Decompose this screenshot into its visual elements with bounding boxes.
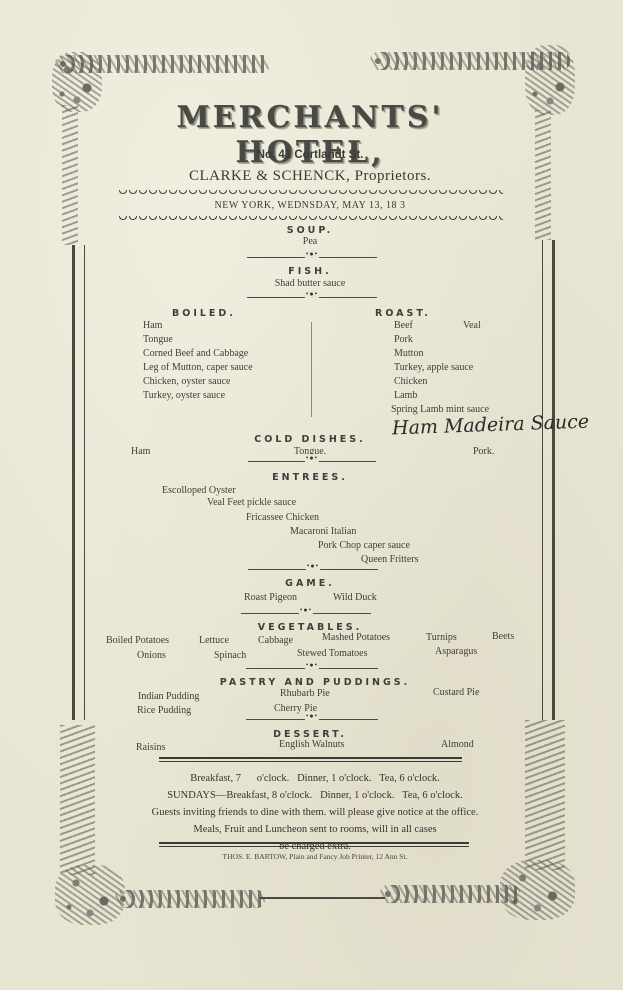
section-divider <box>241 613 371 614</box>
right-border-thick <box>552 240 555 720</box>
section-divider <box>247 257 377 258</box>
roast-item: Beef <box>394 320 413 331</box>
boiled-heading: BOILED. <box>172 308 236 319</box>
roast-item: Lamb <box>394 390 417 401</box>
section-divider <box>248 461 376 462</box>
entrees-heading: ENTREES. <box>200 472 420 483</box>
vegetable-item: Mashed Potatoes <box>322 632 390 643</box>
vegetable-item: Beets <box>492 631 514 642</box>
section-divider <box>246 719 378 720</box>
roast-heading: ROAST. <box>375 308 431 319</box>
game-heading: GAME. <box>200 578 420 589</box>
address: No. 41 Cortlandt St. <box>100 149 520 161</box>
boiled-item: Turkey, oyster sauce <box>143 390 225 401</box>
roast-item: Turkey, apple sauce <box>394 362 473 373</box>
right-border-thin <box>542 240 543 720</box>
roast-item: Chicken <box>394 376 427 387</box>
entree-item: Fricassee Chicken <box>246 512 319 523</box>
left-border-thick <box>72 245 75 720</box>
soup-item: Pea <box>200 236 420 247</box>
bottom-garland-right <box>380 885 520 903</box>
vegetable-item: Turnips <box>426 632 457 643</box>
cold-dishes-heading: COLD DISHES. <box>200 434 420 445</box>
cold-dish-item: Pork. <box>473 446 494 457</box>
boiled-item: Leg of Mutton, caper sauce <box>143 362 253 373</box>
vegetable-item: Onions <box>137 650 166 661</box>
bottom-rule <box>260 897 385 899</box>
notes-bottom-rule <box>159 842 469 847</box>
entree-item: Pork Chop caper sauce <box>318 540 410 551</box>
cold-dish-item: Ham <box>131 446 150 457</box>
fish-heading: FISH. <box>200 266 420 277</box>
entree-item: Veal Feet pickle sauce <box>207 497 296 508</box>
left-vine-top <box>62 105 78 245</box>
vegetable-item: Asparagus <box>435 646 477 657</box>
vegetable-item: Lettuce <box>199 635 229 646</box>
proprietors: CLARKE & SCHENCK, Proprietors. <box>100 168 520 185</box>
pastry-heading: PASTRY AND PUDDINGS. <box>180 677 450 688</box>
pastry-item: Rhubarb Pie <box>280 688 330 699</box>
left-vine-bottom <box>60 725 95 875</box>
section-divider <box>248 569 378 570</box>
pastry-item: Rice Pudding <box>137 705 191 716</box>
roast-item: Veal <box>463 320 481 331</box>
vegetable-item: Cabbage <box>258 635 293 646</box>
entree-item: Queen Fritters <box>361 554 419 565</box>
dessert-item: Raisins <box>136 742 165 753</box>
left-border-thin <box>84 245 85 720</box>
boiled-item: Tongue <box>143 334 173 345</box>
boiled-item: Ham <box>143 320 162 331</box>
right-vine-top <box>535 110 551 240</box>
roast-item: Spring Lamb mint sauce <box>391 404 489 415</box>
vegetable-item: Boiled Potatoes <box>106 635 169 646</box>
entree-item: Macaroni Italian <box>290 526 356 537</box>
pastry-item: Custard Pie <box>433 687 479 698</box>
roast-item: Mutton <box>394 348 423 359</box>
boiled-item: Chicken, oyster sauce <box>143 376 230 387</box>
fish-item: Shad butter sauce <box>200 278 420 289</box>
soup-heading: SOUP. <box>200 225 420 236</box>
corner-floral-top-left <box>52 52 102 112</box>
bottom-garland-left <box>115 890 265 908</box>
roast-item: Pork <box>394 334 413 345</box>
game-item: Roast Pigeon <box>244 592 297 603</box>
note-line: SUNDAYS—Breakfast, 8 o'clock. Dinner, 1 … <box>110 787 520 804</box>
section-divider <box>247 297 377 298</box>
entree-item: Escolloped Oyster <box>162 485 236 496</box>
printer-credit: THOS. E. BARTOW, Plain and Fancy Job Pri… <box>150 852 480 861</box>
dateline: NEW YORK, WEDNSDAY, MAY 13, 18 3 <box>100 200 520 211</box>
corner-floral-top-right <box>525 45 575 115</box>
column-divider <box>311 322 312 417</box>
note-line: Meals, Fruit and Luncheon sent to rooms,… <box>110 821 520 838</box>
game-item: Wild Duck <box>333 592 377 603</box>
header-wavy-rule-2 <box>118 216 503 222</box>
dessert-item: Almond <box>441 739 474 750</box>
dessert-item: English Walnuts <box>279 739 344 750</box>
note-line: Guests inviting friends to dine with the… <box>110 804 520 821</box>
header-wavy-rule-1 <box>118 190 503 196</box>
notes-top-rule <box>159 757 462 762</box>
vegetable-item: Stewed Tomatoes <box>297 648 368 659</box>
pastry-item: Indian Pudding <box>138 691 199 702</box>
vegetable-item: Spinach <box>214 650 246 661</box>
note-line: Breakfast, 7 o'clock. Dinner, 1 o'clock.… <box>110 770 520 787</box>
right-vine-bottom <box>525 720 565 870</box>
section-divider <box>246 668 378 669</box>
boiled-item: Corned Beef and Cabbage <box>143 348 248 359</box>
